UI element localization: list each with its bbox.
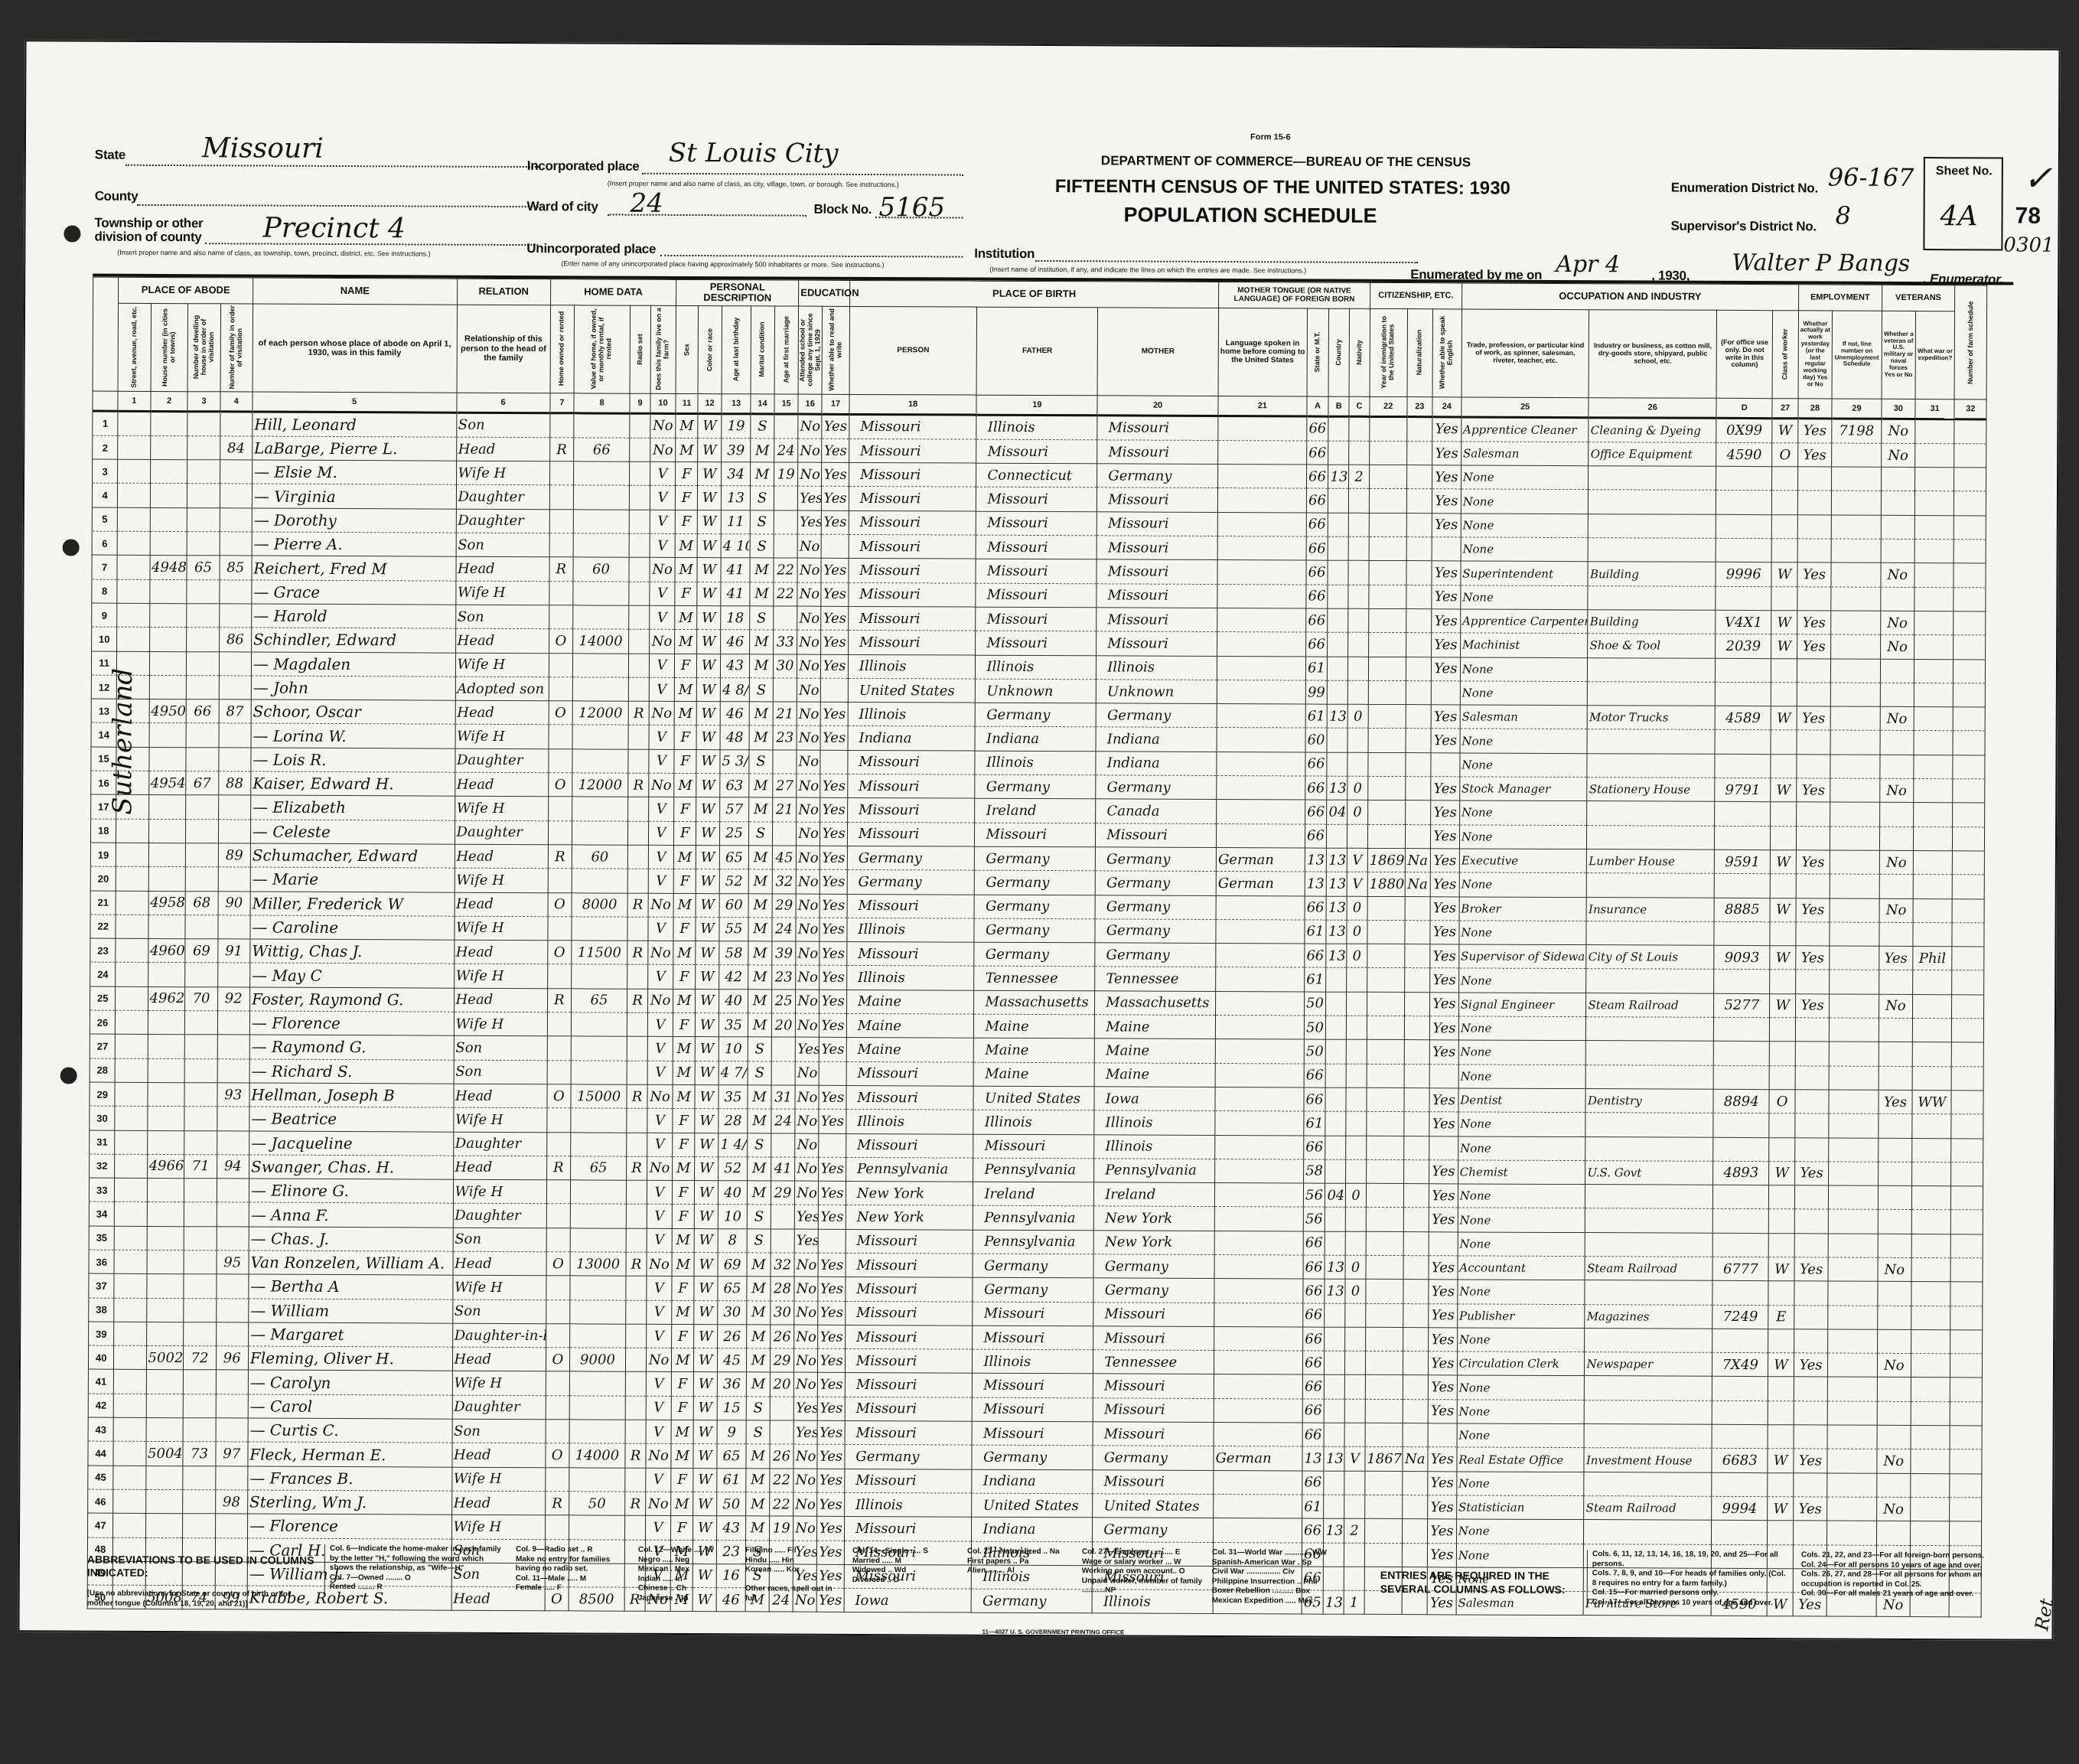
cell-naturalization: [1406, 633, 1431, 657]
cell-english: Yes: [1429, 1303, 1458, 1327]
cell-naturalization: [1403, 1303, 1428, 1327]
cell-family: [217, 1107, 249, 1130]
cell-radio: [630, 486, 650, 510]
cell-birth-person: New York: [846, 1181, 973, 1205]
cell-english: Yes: [1427, 1519, 1456, 1543]
cell-veteran: No: [1881, 443, 1915, 467]
cell-radio: [629, 533, 650, 557]
cell-race: W: [697, 630, 721, 654]
cell-english: Yes: [1430, 944, 1459, 968]
cell-at-work: [1797, 755, 1831, 778]
cell-occupation: Salesman: [1460, 705, 1588, 729]
cell-relation: Head: [453, 1084, 546, 1108]
cell-radio: [629, 510, 650, 533]
cell-farm: No: [650, 413, 676, 438]
cell-dwelling: [184, 1274, 216, 1298]
cell-occupation: None: [1458, 1016, 1586, 1041]
cell-age: 1 4/12: [719, 1133, 748, 1156]
cell-age: 58: [719, 941, 748, 965]
cell-industry: [1586, 1017, 1714, 1042]
cell-war: [1911, 1282, 1950, 1306]
cell-farm-schedule: [1950, 1282, 1983, 1306]
cell-birth-father: Illinois: [975, 751, 1096, 775]
cell-language: [1214, 1398, 1302, 1423]
line-number: 19: [90, 843, 116, 866]
cell-class: [1768, 1472, 1793, 1496]
cell-sex: F: [673, 1181, 695, 1205]
cell-birth-mother: Iowa: [1094, 1087, 1215, 1111]
cell-english: Yes: [1431, 705, 1460, 729]
cell-occupation: None: [1457, 1375, 1585, 1400]
cell-sex: M: [671, 1492, 693, 1515]
cell-naturalization: [1403, 1112, 1429, 1136]
cell-relation: Wife H: [455, 868, 548, 892]
cell-language: [1214, 1231, 1303, 1255]
cell-read: [821, 678, 849, 702]
cell-farm: V: [647, 1300, 673, 1324]
cell-occ-code: [1715, 754, 1771, 778]
cell-sex: M: [672, 1252, 694, 1276]
cell-occ-code: [1716, 467, 1772, 491]
township-note: (Insert proper name and also name of cla…: [117, 249, 430, 258]
cell-class: [1768, 1377, 1794, 1400]
cell-war: [1911, 1401, 1950, 1426]
department-title: DEPARTMENT OF COMMERCE—BUREAU OF THE CEN…: [1101, 153, 1471, 170]
cell-name: — Grace: [252, 580, 456, 605]
cell-birth-person: Illinois: [848, 654, 976, 679]
cell-immigration: [1365, 1352, 1403, 1376]
cell-owned: [548, 820, 572, 844]
cell-birth-father: Missouri: [976, 583, 1097, 608]
cell-war: WW: [1912, 1090, 1951, 1114]
cell-english: Yes: [1429, 1088, 1458, 1112]
cell-at-work: [1795, 1042, 1830, 1065]
cell-code-c: [1346, 1016, 1367, 1039]
cell-read: Yes: [817, 1516, 845, 1540]
sheet-label: Sheet No.: [1936, 165, 1993, 178]
cell-birth-mother: Massachusetts: [1095, 991, 1216, 1016]
cell-house: [145, 1466, 183, 1490]
cell-age: 35: [719, 1085, 748, 1109]
cell-value: 12000: [572, 773, 628, 797]
header-person: PERSON: [849, 306, 977, 395]
cell-at-work: [1794, 1329, 1828, 1353]
cell-code-a: 66: [1303, 1136, 1325, 1159]
cell-farm: V: [646, 1396, 672, 1420]
cell-farm-schedule: [1953, 851, 1985, 875]
cell-radio: [626, 1205, 647, 1228]
cell-code-a: 66: [1303, 1255, 1325, 1279]
cell-age: 10: [719, 1037, 748, 1061]
cell-age: 57: [720, 797, 749, 821]
cell-dwelling: [185, 1011, 217, 1035]
cell-race: W: [693, 1468, 717, 1492]
cell-sex: M: [673, 1037, 695, 1061]
cell-sex: F: [672, 1277, 694, 1300]
cell-unemployment: [1829, 1114, 1879, 1138]
cell-radio: [626, 1276, 647, 1299]
cell-sex: M: [674, 845, 696, 869]
cell-birth-father: Indiana: [972, 1517, 1093, 1541]
cell-at-work: Yes: [1797, 706, 1831, 730]
cell-relation: Son: [453, 1228, 546, 1252]
header-marital: Marital condition: [751, 305, 775, 393]
cell-marital: S: [748, 1061, 771, 1084]
cell-language: [1218, 416, 1307, 441]
cell-read: Yes: [821, 582, 849, 606]
cell-language: [1217, 536, 1306, 561]
cell-school: No: [797, 774, 820, 797]
header-occupation: OCCUPATION AND INDUSTRY: [1461, 283, 1798, 311]
cell-relation: Daughter: [453, 1132, 546, 1156]
cell-birth-father: Germany: [976, 703, 1097, 727]
cell-naturalization: [1405, 920, 1430, 944]
cell-occupation: None: [1460, 729, 1588, 753]
cell-farm: V: [648, 869, 674, 893]
cell-farm-schedule: [1954, 444, 1986, 468]
column-number: [93, 391, 118, 411]
cell-occupation: Apprentice Carpenter: [1460, 609, 1588, 634]
cell-farm: V: [647, 1133, 673, 1156]
cell-birth-person: Missouri: [849, 414, 977, 439]
cell-value: [571, 964, 627, 989]
cell-industry: [1584, 1424, 1712, 1449]
cell-class: [1772, 491, 1797, 514]
cell-unemployment: [1827, 1401, 1877, 1426]
cell-naturalization: [1404, 992, 1429, 1016]
corner-note: Ret: [2031, 1597, 2058, 1632]
header-age: Age at last birthday: [722, 305, 751, 393]
cell-language: [1214, 1351, 1302, 1375]
cell-veteran: [1877, 1329, 1911, 1353]
line-number: 28: [90, 1058, 115, 1082]
cell-owned: [548, 917, 572, 941]
cell-radio: [628, 845, 649, 869]
cell-school: No: [798, 414, 822, 439]
cell-read: Yes: [820, 1038, 847, 1061]
cell-unemployment: [1829, 1162, 1879, 1186]
cell-class: W: [1771, 634, 1797, 658]
cell-farm-schedule: [1951, 1114, 1983, 1138]
cell-unemployment: [1829, 1185, 1879, 1210]
cell-house: [148, 963, 185, 987]
cell-at-work: [1795, 1090, 1830, 1114]
cell-veteran: Yes: [1879, 1090, 1913, 1114]
cell-birth-person: Missouri: [846, 1085, 974, 1110]
cell-class: W: [1770, 993, 1795, 1017]
cell-relation: Wife H: [453, 1179, 546, 1204]
cell-english: Yes: [1428, 1471, 1457, 1495]
cell-farm: V: [646, 1420, 672, 1443]
cell-veteran: [1879, 803, 1914, 827]
cell-farm-schedule: [1950, 1449, 1982, 1473]
line-number: 26: [90, 1010, 115, 1034]
cell-read: Yes: [820, 1013, 847, 1037]
cell-farm-schedule: [1954, 540, 1986, 563]
cell-read: [819, 1061, 846, 1085]
cell-language: [1217, 680, 1305, 704]
cell-school: No: [797, 846, 820, 869]
cell-race: W: [695, 1109, 719, 1133]
cell-immigration: [1365, 1375, 1403, 1400]
cell-code-c: 0: [1347, 896, 1367, 920]
cell-name: Hill, Leonard: [253, 412, 457, 437]
cell-age-marriage: 22: [774, 582, 797, 606]
cell-relation: Daughter: [452, 1395, 546, 1420]
cell-house: [149, 579, 187, 604]
cell-age-marriage: 29: [771, 1181, 794, 1205]
cell-war: [1914, 707, 1953, 732]
cell-farm: V: [650, 582, 676, 605]
cell-birth-father: Germany: [974, 918, 1095, 943]
cell-marital: M: [746, 1348, 770, 1372]
cell-farm: No: [645, 1492, 671, 1515]
cell-birth-mother: New York: [1093, 1231, 1214, 1255]
cell-family: 96: [216, 1346, 248, 1370]
cell-race: W: [697, 534, 721, 558]
cell-farm-schedule: [1953, 755, 1985, 778]
cell-race: W: [693, 1516, 717, 1540]
cell-name: — Pierre A.: [252, 532, 456, 556]
cell-code-c: [1345, 1303, 1366, 1327]
cell-marital: S: [748, 1037, 771, 1061]
sd-label: Supervisor's District No.: [1670, 219, 1816, 235]
column-number: 1: [118, 391, 150, 411]
cell-birth-person: Illinois: [846, 966, 974, 990]
line-number: 41: [88, 1370, 113, 1394]
cell-school: No: [797, 702, 820, 725]
cell-age: 19: [722, 413, 751, 438]
cell-age-marriage: 22: [770, 1492, 793, 1516]
cell-relation: Wife H: [451, 1467, 545, 1492]
cell-occ-code: [1712, 1281, 1768, 1306]
cell-code-c: [1346, 1087, 1367, 1111]
cell-unemployment: [1829, 1066, 1879, 1091]
cell-class: W: [1771, 706, 1797, 730]
cell-age-marriage: 20: [771, 1013, 795, 1037]
cell-industry: [1584, 1520, 1712, 1544]
cell-family: 85: [220, 556, 252, 579]
column-number: 24: [1432, 396, 1461, 416]
cell-age-marriage: 19: [774, 462, 798, 486]
cell-school: No: [794, 1301, 818, 1325]
cell-race: W: [696, 869, 719, 893]
cell-birth-father: Illinois: [973, 1110, 1094, 1134]
cell-farm-schedule: [1952, 1019, 1984, 1042]
cell-birth-father: Massachusetts: [974, 990, 1095, 1015]
cell-code-b: [1325, 1111, 1346, 1135]
cell-code-a: 13: [1302, 1446, 1324, 1470]
cell-english: [1431, 752, 1460, 776]
cell-farm: No: [650, 438, 676, 461]
cell-immigration: [1364, 1495, 1402, 1519]
cell-occ-code: [1715, 826, 1771, 850]
cell-owned: [549, 605, 572, 629]
cell-marital: S: [747, 1205, 771, 1228]
cell-age: 43: [717, 1516, 746, 1540]
cell-immigration: [1367, 1016, 1404, 1040]
line-number: 31: [90, 1130, 115, 1154]
cell-immigration: [1364, 1519, 1402, 1544]
cell-birth-father: Germany: [975, 774, 1096, 799]
cell-dwelling: [184, 1107, 217, 1130]
cell-class: [1770, 1065, 1795, 1089]
cell-race: W: [696, 893, 719, 917]
cell-sex: F: [672, 1205, 694, 1228]
cell-farm: V: [650, 510, 676, 533]
header-farm: Does this family live on a farm?: [650, 305, 676, 393]
cell-code-c: V: [1344, 1447, 1365, 1471]
cell-house: [148, 867, 186, 892]
cell-value: 8000: [572, 892, 627, 917]
line-number: 7: [92, 555, 117, 579]
cell-read: Yes: [819, 1157, 846, 1181]
cell-name: — Bertha A: [249, 1274, 453, 1299]
cell-at-work: [1794, 1137, 1829, 1161]
cell-code-a: 66: [1306, 560, 1328, 584]
entries-list-2: Cols. 21, 22, and 23—For all foreign-bor…: [1801, 1550, 1993, 1599]
cell-house: [146, 1417, 184, 1442]
cell-war: [1915, 419, 1954, 444]
cell-unemployment: [1827, 1473, 1877, 1498]
cell-family: [218, 915, 250, 939]
cell-marital: S: [747, 1229, 771, 1253]
cell-veteran: [1878, 1234, 1912, 1257]
cell-house: 5002: [146, 1346, 184, 1371]
cell-marital: M: [747, 1277, 771, 1300]
cell-farm: No: [647, 989, 673, 1012]
cell-value: [572, 653, 628, 677]
cell-name: Kaiser, Edward H.: [251, 771, 455, 796]
line-number: 21: [90, 891, 116, 915]
cell-read: Yes: [818, 1301, 846, 1325]
cell-owned: [546, 1132, 570, 1156]
cell-race: W: [695, 1061, 719, 1084]
cell-naturalization: [1403, 1136, 1429, 1159]
cell-radio: [628, 725, 649, 749]
cell-war: [1911, 1257, 1950, 1282]
cell-english: [1429, 1231, 1458, 1255]
cell-age: 48: [720, 725, 749, 749]
cell-birth-person: Missouri: [849, 487, 976, 511]
cell-code-b: [1325, 1399, 1345, 1423]
cell-occ-code: [1714, 970, 1770, 994]
cell-language: [1214, 1470, 1302, 1495]
cell-occupation: None: [1457, 1400, 1585, 1424]
cell-at-work: [1796, 922, 1830, 946]
cell-age-marriage: 39: [772, 941, 796, 965]
cell-dwelling: [183, 1490, 215, 1514]
cell-veteran: No: [1881, 419, 1915, 443]
cell-house: [147, 1130, 184, 1155]
cell-occupation: None: [1458, 1065, 1586, 1089]
cell-relation: Daughter-in-law: [452, 1323, 546, 1348]
cell-birth-mother: Missouri: [1093, 1398, 1214, 1423]
cell-street: [116, 747, 148, 771]
cell-language: [1217, 632, 1306, 657]
cell-language: [1216, 823, 1305, 848]
ed-value: 96-167: [1828, 162, 1914, 191]
cell-age: 35: [719, 1013, 748, 1037]
cell-unemployment: [1830, 755, 1880, 779]
cell-sex: F: [671, 1516, 693, 1540]
cell-birth-father: Illinois: [976, 415, 1097, 440]
cell-school: Yes: [793, 1397, 817, 1420]
cell-occ-code: [1712, 1329, 1768, 1353]
cell-language: [1217, 488, 1306, 513]
cell-farm-schedule: [1950, 1258, 1983, 1282]
cell-school: No: [797, 822, 820, 846]
cell-birth-person: Missouri: [847, 798, 975, 823]
cell-age-marriage: [771, 1037, 795, 1061]
cell-class: [1770, 1018, 1795, 1042]
cell-street: [117, 556, 149, 579]
cell-war: [1911, 1521, 1950, 1546]
cell-code-b: [1327, 729, 1347, 752]
cell-dwelling: [187, 628, 219, 651]
cell-name: — Marie: [250, 867, 455, 892]
cell-race: W: [695, 1013, 719, 1037]
cell-industry: [1585, 1232, 1713, 1257]
cell-radio: R: [627, 1084, 647, 1108]
cell-birth-father: Pennsylvania: [973, 1206, 1094, 1231]
cell-birth-mother: Tennessee: [1095, 967, 1216, 991]
cell-occ-code: [1714, 921, 1770, 946]
cell-unemployment: [1828, 1377, 1878, 1401]
cell-industry: Office Equipment: [1589, 442, 1716, 467]
cell-at-work: [1797, 515, 1832, 539]
cell-name: — Raymond G.: [249, 1035, 454, 1059]
ed-label: Enumeration District No.: [1671, 181, 1818, 197]
header-tongue: MOTHER TONGUE (OR NATIVE LANGUAGE) OF FO…: [1219, 282, 1370, 308]
cell-language: [1216, 991, 1305, 1016]
cell-code-c: [1347, 752, 1368, 776]
cell-birth-person: Missouri: [845, 1397, 973, 1421]
cell-age: 52: [719, 869, 748, 893]
cell-radio: R: [627, 1156, 647, 1180]
cell-birth-person: Illinois: [848, 703, 976, 727]
cell-war: [1914, 827, 1953, 851]
cell-farm: V: [648, 797, 674, 821]
cell-language: [1214, 1183, 1303, 1208]
cell-sex: F: [671, 1468, 693, 1492]
cell-birth-person: Missouri: [849, 606, 976, 631]
cell-marital: S: [750, 606, 774, 630]
cell-farm: No: [646, 1444, 672, 1468]
cell-at-work: [1794, 1401, 1828, 1425]
cell-school: Yes: [794, 1229, 818, 1253]
cell-family: [217, 1227, 249, 1250]
cell-occupation: Superintendent: [1461, 561, 1589, 585]
cell-unemployment: [1831, 634, 1881, 659]
line-number: 4: [92, 484, 117, 507]
cell-class: [1772, 539, 1797, 562]
cell-age: 43: [721, 654, 750, 677]
cell-name: — Lois R.: [251, 748, 455, 772]
cell-birth-mother: Missouri: [1097, 440, 1218, 465]
cell-at-work: [1797, 491, 1832, 514]
cell-street: [115, 1178, 147, 1202]
cell-race: W: [693, 1492, 717, 1515]
cell-at-work: [1794, 1281, 1829, 1305]
cell-owned: [549, 461, 573, 485]
cell-english: Yes: [1432, 465, 1461, 489]
cell-occupation: Circulation Clerk: [1457, 1352, 1585, 1376]
cell-unemployment: [1827, 1521, 1877, 1545]
cell-english: Yes: [1430, 824, 1459, 848]
cell-name: — Harold: [252, 604, 456, 628]
cell-class: O: [1769, 1090, 1794, 1114]
